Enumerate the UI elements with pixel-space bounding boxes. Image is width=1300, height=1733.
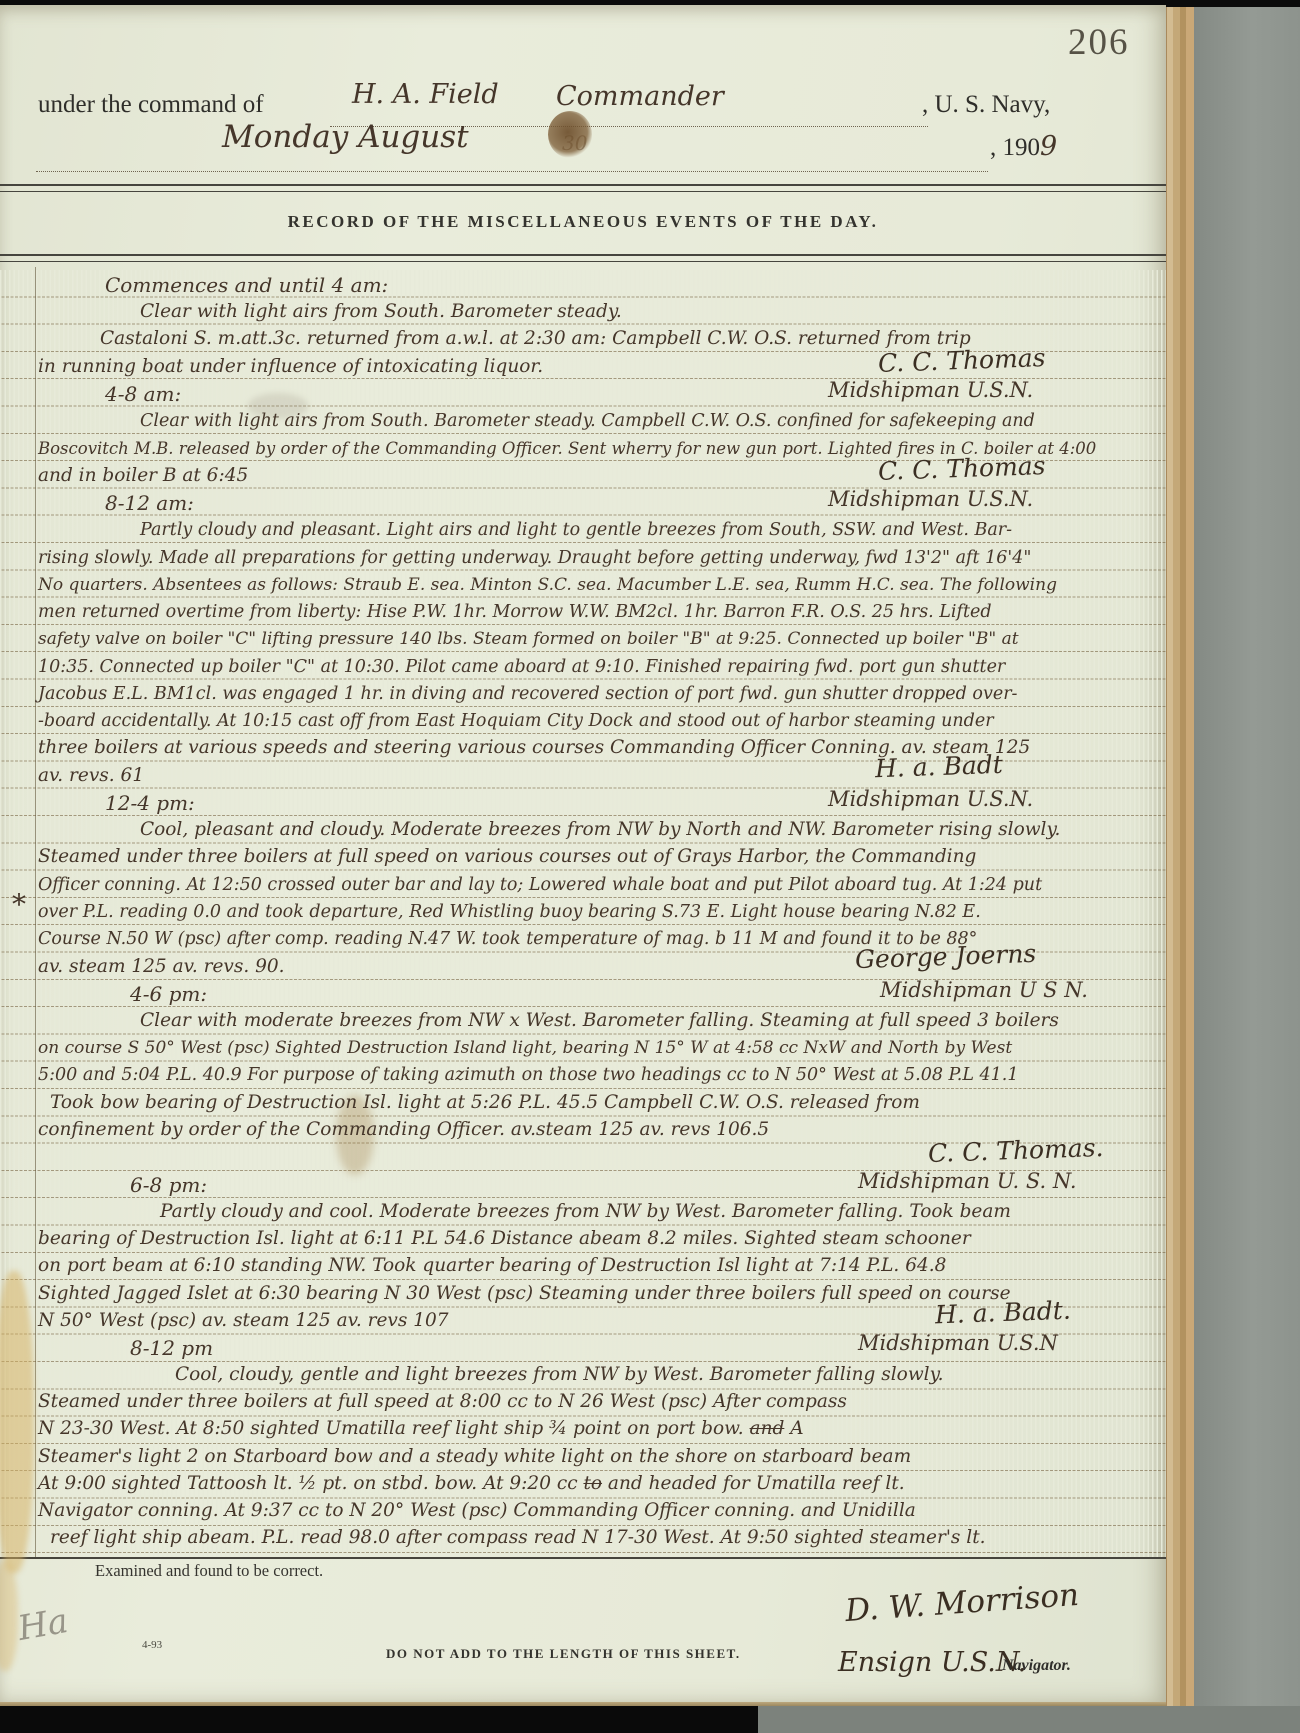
book-page-edges (1164, 5, 1194, 1711)
log-line: Partly cloudy and cool. Moderate breezes… (160, 1200, 1011, 1224)
signature-cc-thomas: C. C. Thomas (878, 454, 1046, 484)
watch-label-8-12am: 8-12 am: (105, 491, 194, 515)
rank-line: Midshipman U.S.N (858, 1331, 1058, 1355)
log-line: -board accidentally. At 10:15 cast off f… (38, 709, 994, 733)
log-line: rising slowly. Made all preparations for… (38, 546, 1031, 570)
log-line: confinement by order of the Commanding O… (38, 1118, 769, 1142)
watch-label-12-4pm: 12-4 pm: (105, 791, 195, 815)
log-line: Clear with moderate breezes from NW x We… (140, 1009, 1059, 1033)
log-line: Cool, cloudy, gentle and light breezes f… (175, 1363, 943, 1387)
struck-word: and (750, 1418, 785, 1439)
log-line: Castaloni S. m.att.3c. returned from a.w… (100, 327, 971, 351)
log-line: men returned overtime from liberty: Hise… (38, 600, 992, 624)
logbook-page: 206 under the command of H. A. Field Com… (0, 5, 1166, 1702)
signature-george-joerns: George Joerns (855, 942, 1037, 972)
log-line: Jacobus E.L. BM1cl. was engaged 1 hr. in… (38, 682, 1017, 706)
navigator-label: Navigator. (1002, 1657, 1071, 1675)
rank-line: Midshipman U.S.N. (828, 378, 1033, 402)
signature-ha-badt: H. a. Badt (875, 753, 1004, 781)
log-line: on port beam at 6:10 standing NW. Took q… (38, 1254, 946, 1278)
signature-cc-thomas: C. C. Thomas. (928, 1136, 1104, 1166)
log-line: Steamed under three boilers at full spee… (38, 1390, 847, 1414)
log-line-text: N 23-30 West. At 8:50 sighted Umatilla r… (38, 1418, 750, 1439)
log-line: Cool, pleasant and cloudy. Moderate bree… (140, 818, 1060, 842)
log-line-text: and headed for Umatilla reef lt. (602, 1473, 905, 1494)
photo-bottom-shadow (0, 1706, 758, 1733)
log-line: on course S 50° West (psc) Sighted Destr… (38, 1036, 1012, 1060)
pencil-initials: Ha (15, 1601, 71, 1649)
watch-label-4-6pm: 4-6 pm: (130, 982, 207, 1006)
watch-label-6-8pm: 6-8 pm: (130, 1173, 207, 1197)
margin-asterisk: * (12, 893, 26, 917)
rank-line: Midshipman U.S.N. (828, 487, 1033, 511)
signature-cc-thomas: C. C. Thomas (878, 346, 1046, 376)
log-line: At 9:00 sighted Tattoosh lt. ½ pt. on st… (38, 1472, 905, 1496)
log-line: Clear with light airs from South. Barome… (140, 409, 1035, 433)
log-line-text: A (784, 1418, 803, 1439)
signature-ha-badt: H. a. Badt. (935, 1299, 1072, 1328)
log-line: Steamed under three boilers at full spee… (38, 845, 976, 869)
log-entries: Commences and until 4 am:Clear with ligh… (0, 5, 1166, 1702)
log-line: bearing of Destruction Isl. light at 6:1… (38, 1227, 971, 1251)
rank-line: Midshipman U. S. N. (858, 1169, 1077, 1193)
log-line: Clear with light airs from South. Barome… (140, 300, 622, 324)
watch-label-4-8am: 4-8 am: (105, 382, 181, 406)
log-line: over P.L. reading 0.0 and took departure… (38, 900, 981, 924)
photo-background (1194, 0, 1300, 1733)
log-line: in running boat under influence of intox… (38, 355, 543, 379)
log-line: av. steam 125 av. revs. 90. (38, 955, 285, 979)
log-line: reef light ship abeam. P.L. read 98.0 af… (50, 1526, 986, 1550)
examined-label: Examined and found to be correct. (95, 1561, 323, 1581)
log-line: Took bow bearing of Destruction Isl. lig… (50, 1091, 920, 1115)
scanned-logbook-photo: 206 under the command of H. A. Field Com… (0, 0, 1300, 1733)
log-line: N 23-30 West. At 8:50 sighted Umatilla r… (38, 1417, 804, 1441)
rank-line: Midshipman U.S.N. (828, 787, 1033, 811)
log-line: No quarters. Absentees as follows: Strau… (38, 573, 1057, 597)
log-line: Navigator conning. At 9:37 cc to N 20° W… (38, 1499, 916, 1523)
log-line: 10:35. Connected up boiler "C" at 10:30.… (38, 655, 1005, 679)
watch-label-until-4am: Commences and until 4 am: (105, 273, 388, 297)
struck-word: to (583, 1473, 602, 1494)
log-line: N 50° West (psc) av. steam 125 av. revs … (38, 1309, 449, 1333)
log-line: and in boiler B at 6:45 (38, 464, 248, 488)
log-line-text: At 9:00 sighted Tattoosh lt. ½ pt. on st… (38, 1473, 583, 1494)
log-line: Steamer's light 2 on Starboard bow and a… (38, 1445, 911, 1469)
watch-label-8-12pm: 8-12 pm (130, 1336, 213, 1360)
form-number: 4-93 (142, 1639, 162, 1651)
log-line: Officer conning. At 12:50 crossed outer … (38, 873, 1042, 897)
rank-line: Midshipman U S N. (880, 978, 1088, 1002)
log-line: av. revs. 61 (38, 764, 144, 788)
log-line: Partly cloudy and pleasant. Light airs a… (140, 518, 1012, 542)
log-line: 5:00 and 5:04 P.L. 40.9 For purpose of t… (38, 1063, 1018, 1087)
log-line: Sighted Jagged Islet at 6:30 bearing N 3… (38, 1282, 1011, 1306)
do-not-add-label: DO NOT ADD TO THE LENGTH OF THIS SHEET. (386, 1646, 741, 1662)
signature-rank-ensign: Ensign U.S.N. (838, 1647, 1026, 1678)
log-line: safety valve on boiler "C" lifting press… (38, 627, 1019, 651)
log-line: Course N.50 W (psc) after comp. reading … (38, 927, 977, 951)
